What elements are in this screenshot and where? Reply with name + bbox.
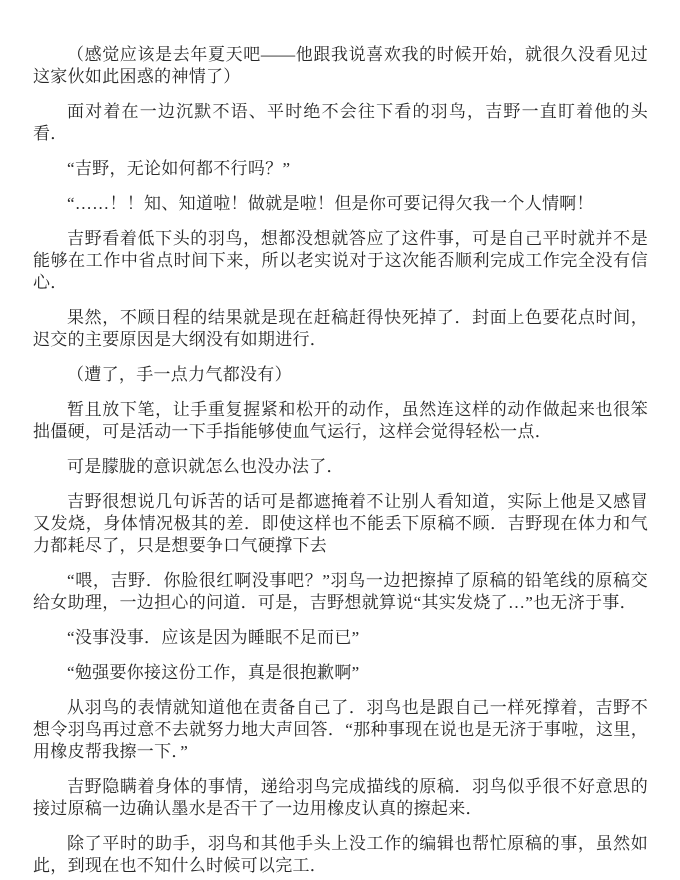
- paragraph: 暂且放下笔，让手重复握紧和松开的动作，虽然连这样的动作做起来也很笨拙僵硬，可是活…: [33, 399, 648, 443]
- paragraph: 吉野看着低下头的羽鸟，想都没想就答应了这件事，可是自己平时就并不是能够在工作中省…: [33, 228, 648, 294]
- paragraph: （感觉应该是去年夏天吧——他跟我说喜欢我的时候开始，就很久没看见过这家伙如此困惑…: [33, 44, 648, 88]
- paragraph: 可是朦胧的意识就怎么也没办法了．: [33, 456, 648, 478]
- paragraph: “勉强要你接这份工作，真是很抱歉啊”: [33, 662, 648, 684]
- paragraph: 吉野很想说几句诉苦的话可是都遮掩着不让别人看知道，实际上他是又感冒又发烧，身体情…: [33, 491, 648, 557]
- paragraph: “……！！知、知道啦！做就是啦！但是你可要记得欠我一个人情啊！: [33, 193, 648, 215]
- paragraph: “没事没事．应该是因为睡眠不足而已”: [33, 627, 648, 649]
- paragraph: 果然，不顾日程的结果就是现在赶稿赶得快死掉了．封面上色要花点时间，迟交的主要原因…: [33, 307, 648, 351]
- paragraph: 吉野隐瞒着身体的事情，递给羽鸟完成描线的原稿．羽鸟似乎很不好意思的接过原稿一边确…: [33, 776, 648, 820]
- paragraph: “吉野，无论如何都不行吗？”: [33, 158, 648, 180]
- paragraph: 面对着在一边沉默不语、平时绝不会往下看的羽鸟，吉野一直盯着他的头看．: [33, 101, 648, 145]
- page-text: （感觉应该是去年夏天吧——他跟我说喜欢我的时候开始，就很久没看见过这家伙如此困惑…: [0, 0, 680, 877]
- paragraph: 从羽鸟的表情就知道他在责备自己了．羽鸟也是跟自己一样死撑着，吉野不想令羽鸟再过意…: [33, 697, 648, 763]
- document-page: （感觉应该是去年夏天吧——他跟我说喜欢我的时候开始，就很久没看见过这家伙如此困惑…: [0, 0, 680, 880]
- paragraph: 除了平时的助手，羽鸟和其他手头上没工作的编辑也帮忙原稿的事，虽然如此，到现在也不…: [33, 833, 648, 877]
- paragraph: “喂，吉野．你脸很红啊没事吧？”羽鸟一边把擦掉了原稿的铅笔线的原稿交给女助理，一…: [33, 570, 648, 614]
- paragraph: （遭了，手一点力气都没有）: [33, 364, 648, 386]
